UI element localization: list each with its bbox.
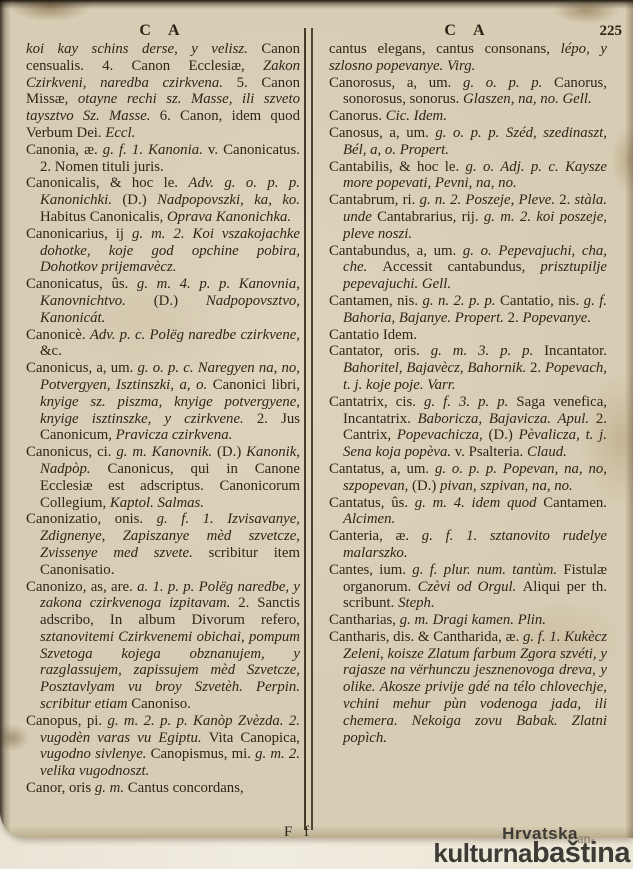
dictionary-entry: Cantatus, ûs. g. m. 4. idem quod Cantame…: [329, 495, 607, 529]
dictionary-entry: Canor, oris g. m. Cantus concordans,: [26, 780, 300, 797]
column-divider-rule: [304, 28, 313, 830]
dictionary-entry: Canosus, a, um. g. o. p. p. Széd, szedin…: [329, 125, 607, 159]
dictionary-entry: Cantator, oris. g. m. 3. p. p. Incantato…: [329, 343, 607, 393]
dictionary-entry: Cantatus, a, um. g. o. p. p. Popevan, na…: [329, 461, 607, 495]
dictionary-entry: Cantatio Idem.: [329, 327, 607, 344]
dictionary-entry: Canonicus, a, um. g. o. p. c. Naregyen n…: [26, 360, 300, 444]
watermark: Hrvatska kulturnabaština: [433, 825, 630, 868]
signature-mark: F f: [284, 824, 313, 841]
dictionary-entry: Canonicus, ci. g. m. Kanovnik. (D.) Kano…: [26, 444, 300, 511]
dictionary-entry: Canorus. Cic. Idem.: [329, 108, 607, 125]
entry-continuation: cantus elegans, cantus consonans, lépo, …: [329, 41, 607, 75]
dictionary-entry: Canorosus, a, um. g. o. p. p. Canorus, s…: [329, 75, 607, 109]
dictionary-entry: Canteria, æ. g. f. 1. sztanovito rudelye…: [329, 528, 607, 562]
running-header-right: C A: [329, 22, 607, 40]
entry-continuation: koi kay schins derse, y velisz. Canon ce…: [26, 41, 300, 142]
page-number: 225: [600, 23, 623, 40]
dictionary-entry: Cantes, ium. g. f. plur. num. tantùm. Fi…: [329, 562, 607, 612]
dictionary-entry: Cantabrum, ri. g. n. 2. Poszeje, Pleve. …: [329, 192, 607, 242]
dictionary-entry: Canonicatus, ûs. g. m. 4. p. p. Kanovnia…: [26, 276, 300, 326]
dictionary-entry: Cantatrix, cis. g. f. 3. p. p. Saga vene…: [329, 394, 607, 461]
dictionary-entry: Canonicalis, & hoc le. Adv. g. o. p. p. …: [26, 175, 300, 225]
dictionary-entry: Cantharis, dis. & Cantharida, æ. g. f. 1…: [329, 629, 607, 747]
dictionary-entry: Cantabundus, a, um. g. o. Pepevajuchi, c…: [329, 243, 607, 293]
watermark-part2: baština: [532, 837, 630, 869]
dictionary-entry: Canonia, æ. g. f. 1. Kanonia. v. Canonic…: [26, 142, 300, 176]
dictionary-entry: Cantabilis, & hoc le. g. o. Adj. p. c. K…: [329, 159, 607, 193]
dictionary-entry: Canonicarius, ij g. m. 2. Koi vszakojach…: [26, 226, 300, 276]
watermark-part1: kulturna: [433, 838, 532, 868]
left-column: koi kay schins derse, y velisz. Canon ce…: [26, 41, 300, 797]
dictionary-entry: Cantamen, nis. g. n. 2. p. p. Cantatio, …: [329, 293, 607, 327]
dictionary-entry: Canopus, pi. g. m. 2. p. p. Kanòp Zvèzda…: [26, 713, 300, 780]
right-column: cantus elegans, cantus consonans, lépo, …: [329, 41, 607, 746]
watermark-line2: kulturnabaština: [433, 839, 630, 868]
running-header-left: C A: [26, 22, 300, 40]
dictionary-entry: Canonizo, as, are. a. 1. p. p. Polëg nar…: [26, 579, 300, 713]
dictionary-entry: Cantharias, g. m. Dragi kamen. Plin.: [329, 612, 607, 629]
dictionary-entry: Canonizatio, onis. g. f. 1. Izvisavanye,…: [26, 511, 300, 578]
scanned-page: C A C A 225 koi kay schins derse, y veli…: [0, 0, 633, 838]
dictionary-entry: Canonicè. Adv. p. c. Polëg naredbe czirk…: [26, 327, 300, 361]
